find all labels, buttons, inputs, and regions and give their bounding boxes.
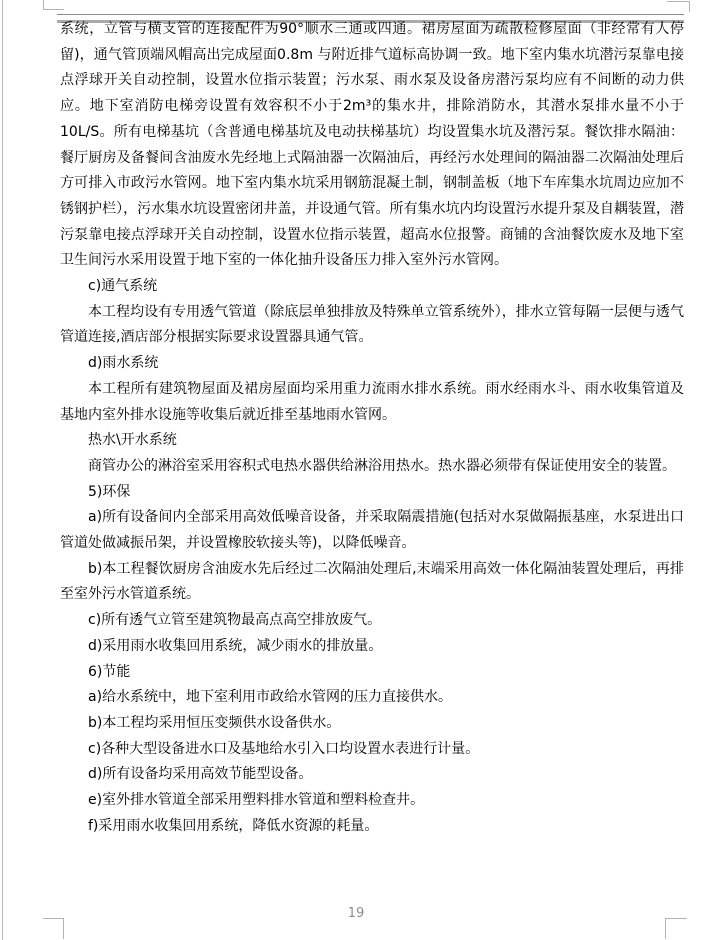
paragraph: a)所有设备间内全部采用高效低噪音设备，并采取隔震措施(包括对水泵做隔振基座，水…: [60, 505, 684, 556]
paragraph: d)采用雨水收集回用系统，减少雨水的排放量。: [60, 634, 684, 660]
paragraph: c)所有透气立管至建筑物最高点高空排放废气。: [60, 608, 684, 634]
paragraph: a)给水系统中，地下室利用市政给水管网的压力直接供水。: [60, 685, 684, 711]
header-rule-thin: [57, 14, 684, 15]
paragraph: b)本工程餐饮厨房含油废水先后经过二次隔油处理后,末端采用高效一体化隔油装置处理…: [60, 557, 684, 608]
paragraph: c)各种大型设备进水口及基地给水引入口均设置水表进行计量。: [60, 737, 684, 763]
paragraph: f)采用雨水收集回用系统，降低水资源的耗量。: [60, 814, 684, 840]
document-body: 系统，立管与横支管的连接配件为90°顺水三通或四通。裙房屋面为疏散检修屋面（非经…: [60, 17, 684, 840]
paragraph: 热水\开水系统: [60, 428, 684, 454]
paragraph: 商管办公的淋浴室采用容积式电热水器供给淋浴用热水。热水器必须带有保证使用安全的装…: [60, 454, 684, 480]
document-page: 系统，立管与横支管的连接配件为90°顺水三通或四通。裙房屋面为疏散检修屋面（非经…: [0, 0, 712, 940]
paragraph: 6)节能: [60, 660, 684, 686]
crop-mark-top-right: [667, 1, 690, 12]
paragraph: 系统，立管与横支管的连接配件为90°顺水三通或四通。裙房屋面为疏散检修屋面（非经…: [60, 17, 684, 274]
paragraph: 5)环保: [60, 480, 684, 506]
paragraph: 本工程所有建筑物屋面及裙房屋面均采用重力流雨水排水系统。雨水经雨水斗、雨水收集管…: [60, 377, 684, 428]
paragraph: b)本工程均采用恒压变频供水设备供水。: [60, 711, 684, 737]
page-edge-line: [2, 0, 3, 940]
paragraph: e)室外排水管道全部采用塑料排水管道和塑料检查井。: [60, 788, 684, 814]
paragraph: d)所有设备均采用高效节能型设备。: [60, 762, 684, 788]
paragraph: 本工程均设有专用透气管道（除底层单独排放及特殊单立管系统外），排水立管每隔一层便…: [60, 300, 684, 351]
page-number: 19: [0, 904, 712, 924]
paragraph: d)雨水系统: [60, 351, 684, 377]
crop-mark-top-left: [43, 0, 64, 10]
paragraph: c)通气系统: [60, 274, 684, 300]
